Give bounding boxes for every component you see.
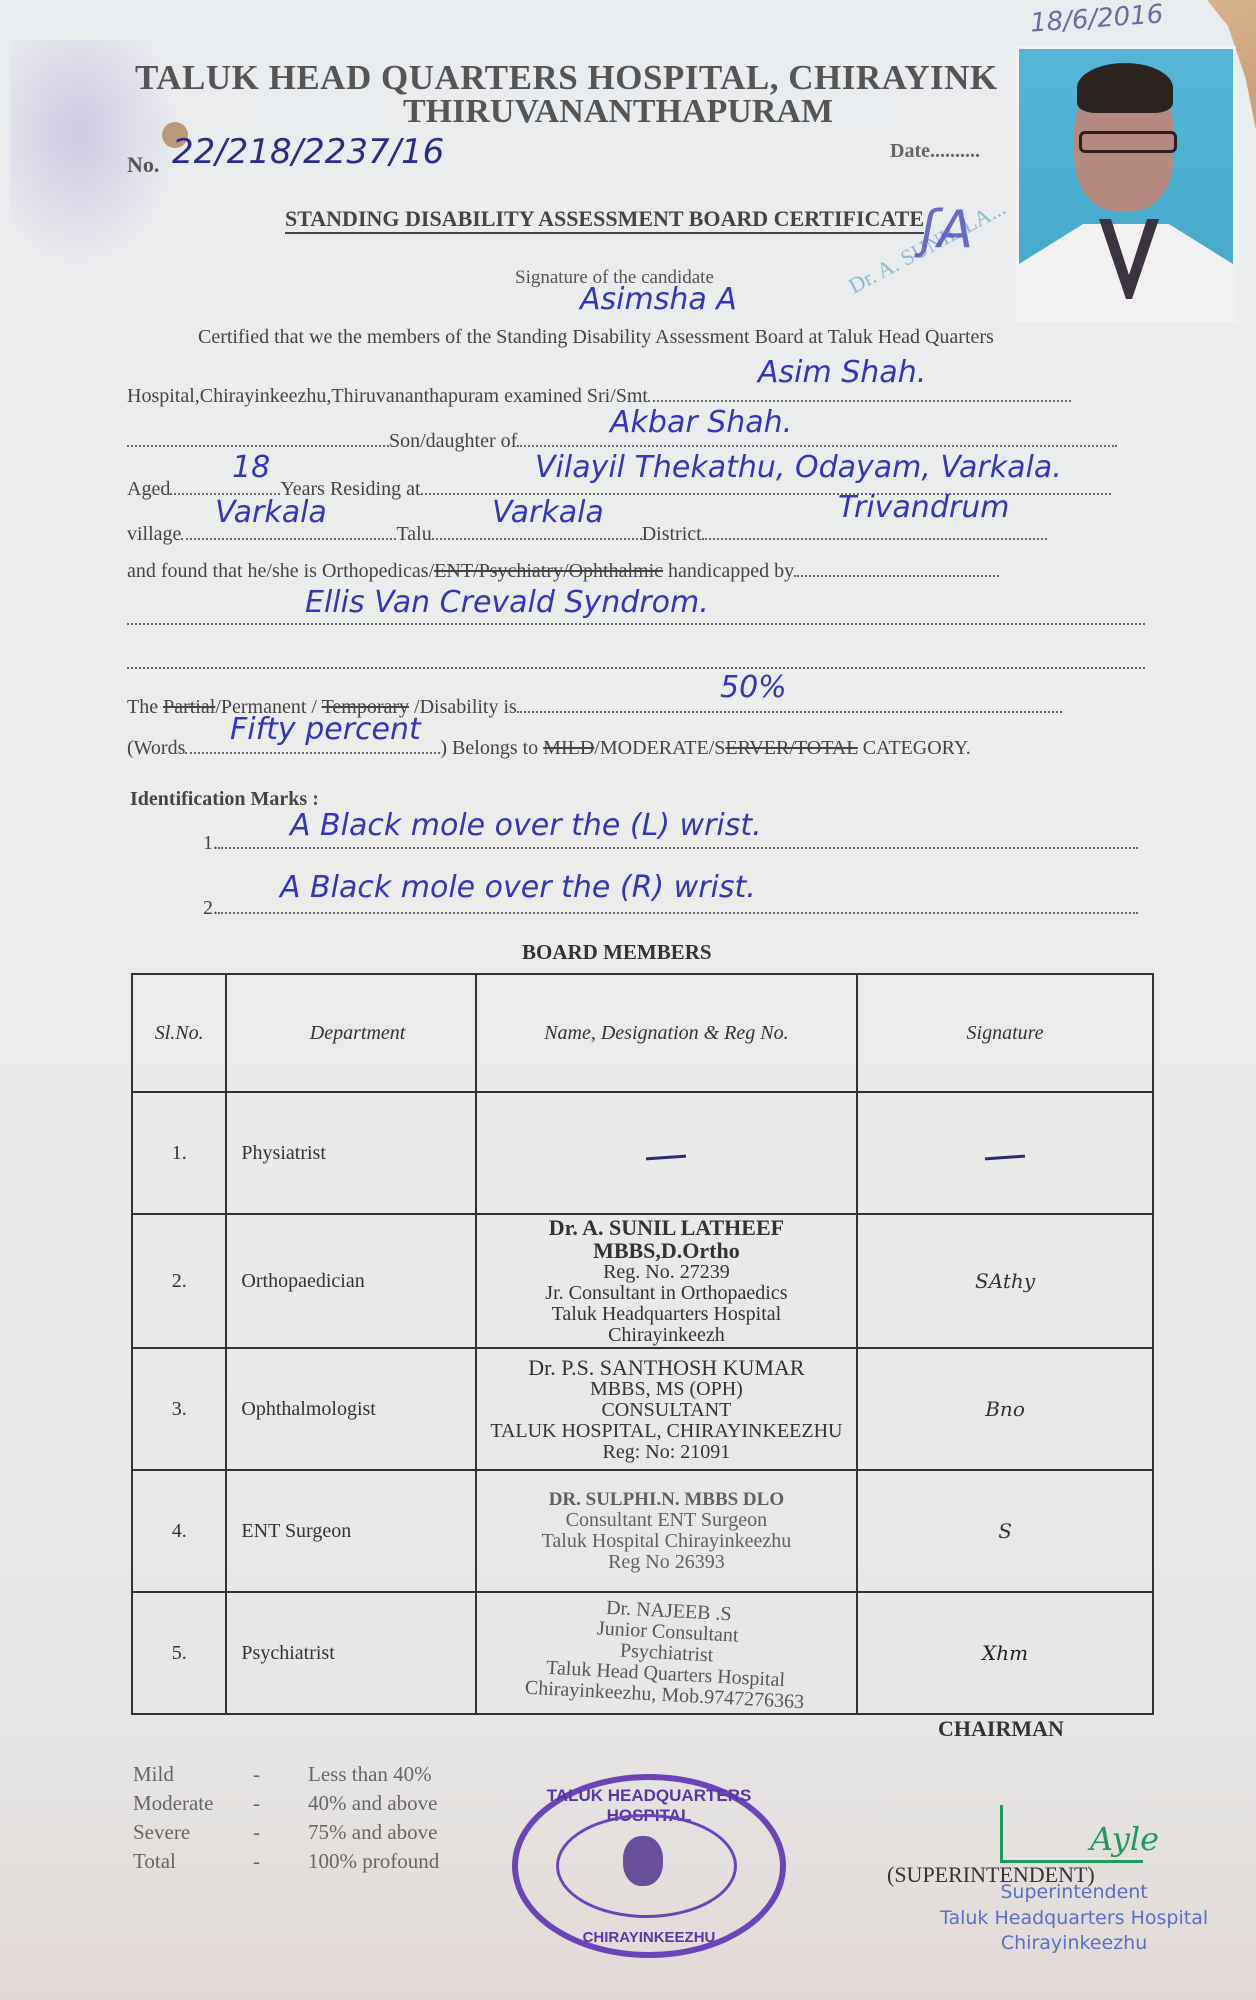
department: Orthopaedician: [226, 1214, 475, 1348]
superintendent-stamp: Superintendent Taluk Headquarters Hospit…: [940, 1880, 1208, 1957]
stamp-line: Chirayinkeezh: [478, 1325, 855, 1346]
column-header: Signature: [857, 974, 1153, 1092]
village-label: village: [127, 523, 181, 545]
dotted-fill-line: [648, 399, 1071, 402]
date-label: Date..........: [890, 140, 980, 163]
legend-key: Total: [133, 1849, 253, 1878]
stamp-line: Jr. Consultant in Orthopaedics: [478, 1283, 855, 1304]
table-row: 3. Ophthalmologist Dr. P.S. SANTHOSH KUM…: [132, 1348, 1153, 1470]
table-row: 2. Orthopaedician Dr. A. SUNIL LATHEEF M…: [132, 1214, 1153, 1348]
member-signature: Xhm: [857, 1592, 1153, 1714]
member-stamp: DR. SULPHI.N. MBBS DLO Consultant ENT Su…: [476, 1470, 857, 1592]
stamp-name: Dr. A. SUNIL LATHEEF MBBS,D.Ortho: [478, 1216, 855, 1262]
taluk-label: Talu: [396, 523, 431, 545]
the-label: The: [127, 696, 163, 718]
member-signature: S: [857, 1470, 1153, 1592]
blank-dash: [646, 1154, 686, 1160]
stamp-line: Reg: No: 21091: [478, 1442, 855, 1463]
dotted-fill-line: [517, 710, 1062, 713]
certificate-number: 22/218/2237/16: [172, 132, 444, 172]
id-mark-number: 2.: [203, 897, 218, 919]
legend-key: Severe: [133, 1820, 253, 1849]
stamp-line: CONSULTANT: [478, 1400, 855, 1421]
column-header: Department: [226, 974, 475, 1092]
stamp-line: Reg No 26393: [478, 1552, 855, 1573]
hospital-seal: TALUK HEADQUARTERS HOSPITAL CHIRAYINKEEZ…: [512, 1774, 786, 1958]
dotted-fill-line: [218, 846, 1138, 849]
board-members-title: BOARD MEMBERS: [522, 940, 712, 965]
candidate-photo: [1016, 46, 1236, 322]
blank-line: [127, 652, 1145, 675]
department: ENT Surgeon: [226, 1470, 475, 1592]
found-label: and found that he/she is Orthopedicas/: [127, 560, 434, 582]
column-header: Sl.No.: [132, 974, 226, 1092]
examined-line: Hospital,Chirayinkeezhu,Thiruvananthapur…: [127, 385, 1071, 408]
dotted-fill-line: [794, 574, 999, 577]
chairman-label: CHAIRMAN: [938, 1716, 1064, 1742]
photo-attestation-signature: ʃA: [920, 200, 973, 260]
photo-hair: [1077, 63, 1173, 113]
legend-sep: -: [253, 1791, 308, 1820]
address-value: Vilayil Thekathu, Odayam, Varkala.: [535, 450, 1062, 485]
serial-number: 1.: [132, 1092, 226, 1214]
struck-partial: Partial: [163, 696, 215, 718]
legend-key: Mild: [133, 1762, 253, 1791]
id-mark-2: A Black mole over the (R) wrist.: [280, 870, 756, 905]
stamp-line: Chirayinkeezhu: [940, 1931, 1208, 1957]
moderate-label: /MODERATE/S: [594, 737, 725, 759]
member-stamp: Dr. NAJEEB .S Junior Consultant Psychiat…: [473, 1582, 860, 1724]
taluk-value: Varkala: [492, 495, 604, 530]
board-members-table: Sl.No. Department Name, Designation & Re…: [131, 973, 1154, 1715]
disability-label: /Disability is: [409, 696, 517, 718]
parent-name: Akbar Shah.: [610, 405, 792, 440]
stamp-line: Reg. No. 27239: [478, 1262, 855, 1283]
legend-value: 100% profound: [308, 1849, 439, 1878]
member-signature: [857, 1092, 1153, 1214]
superintendent-signature: Ayle: [1090, 1820, 1159, 1858]
category-legend: Mild-Less than 40% Moderate-40% and abov…: [133, 1762, 439, 1878]
member-signature: Bno: [857, 1348, 1153, 1470]
category-label: CATEGORY.: [858, 737, 971, 759]
stamp-line: Consultant ENT Surgeon: [478, 1510, 855, 1531]
legend-value: 40% and above: [308, 1791, 437, 1820]
dotted-fill-line: [127, 444, 389, 447]
son-daughter-label: Son/daughter of: [389, 430, 517, 452]
serial-number: 2.: [132, 1214, 226, 1348]
handicap-line: and found that he/she is Orthopedicas/EN…: [127, 560, 999, 583]
table-row: 4. ENT Surgeon DR. SULPHI.N. MBBS DLO Co…: [132, 1470, 1153, 1592]
state-emblem-icon: [623, 1836, 663, 1886]
member-stamp: Dr. P.S. SANTHOSH KUMAR MBBS, MS (OPH) C…: [476, 1348, 857, 1470]
blank-dash: [985, 1154, 1025, 1160]
legend-sep: -: [253, 1820, 308, 1849]
legend-row: Severe-75% and above: [133, 1820, 439, 1849]
candidate-signature: Asimsha A: [580, 282, 737, 317]
certified-text: Certified that we the members of the Sta…: [198, 326, 994, 349]
seal-bottom-text: CHIRAYINKEEZHU: [518, 1929, 780, 1946]
dotted-fill-line: [181, 537, 396, 540]
stamp-line: Superintendent: [940, 1880, 1208, 1906]
age-value: 18: [232, 450, 270, 485]
dotted-fill-line: [127, 622, 1145, 625]
struck-mild: MILD: [543, 737, 594, 759]
dotted-fill-line: [127, 666, 1145, 669]
district-label: District: [642, 523, 702, 545]
legend-sep: -: [253, 1849, 308, 1878]
village-value: Varkala: [215, 495, 327, 530]
stamp-name: DR. SULPHI.N. MBBS DLO: [478, 1490, 855, 1510]
table-row: 5. Psychiatrist Dr. NAJEEB .S Junior Con…: [132, 1592, 1153, 1714]
legend-value: 75% and above: [308, 1820, 437, 1849]
hospital-city: THIRUVANANTHAPURAM: [403, 93, 833, 131]
legend-row: Moderate-40% and above: [133, 1791, 439, 1820]
dotted-fill-line: [517, 444, 1117, 447]
hospital-name: TALUK HEAD QUARTERS HOSPITAL, CHIRAYINK: [135, 58, 998, 98]
table-row: 1. Physiatrist: [132, 1092, 1153, 1214]
serial-number: 3.: [132, 1348, 226, 1470]
table-header-row: Sl.No. Department Name, Designation & Re…: [132, 974, 1153, 1092]
department: Ophthalmologist: [226, 1348, 475, 1470]
stamp-line: MBBS, MS (OPH): [478, 1379, 855, 1400]
department: Psychiatrist: [226, 1592, 475, 1714]
stamp-line: Taluk Hospital Chirayinkeezhu: [478, 1531, 855, 1552]
legend-sep: -: [253, 1762, 308, 1791]
aged-label: Aged: [127, 478, 170, 500]
stamp-line: Taluk Headquarters Hospital: [478, 1304, 855, 1325]
date-handwritten: 18/6/2016: [1029, 0, 1164, 39]
disability-words: Fifty percent: [230, 712, 421, 747]
district-value: Trivandrum: [838, 490, 1009, 525]
struck-categories: ENT/Psychiatry/Ophthalmic: [434, 560, 663, 582]
legend-row: Total-100% profound: [133, 1849, 439, 1878]
department: Physiatrist: [226, 1092, 475, 1214]
photo-glasses: [1079, 131, 1177, 153]
serial-number: 5.: [132, 1592, 226, 1714]
stamp-line: Taluk Headquarters Hospital: [940, 1906, 1208, 1932]
examined-label: Hospital,Chirayinkeezhu,Thiruvananthapur…: [127, 385, 648, 407]
serial-number: 4.: [132, 1470, 226, 1592]
column-header: Name, Designation & Reg No.: [476, 974, 857, 1092]
stamp-name: Dr. P.S. SANTHOSH KUMAR: [478, 1356, 855, 1379]
belongs-label: ) Belongs to: [440, 737, 543, 759]
member-details: [476, 1092, 857, 1214]
member-signature: SAthy: [857, 1214, 1153, 1348]
struck-severe-total: ERVER/TOTAL: [725, 737, 857, 759]
dotted-fill-line: [218, 911, 1138, 914]
dotted-fill-line: [702, 537, 1047, 540]
handicapped-by-label: handicapped by: [663, 560, 794, 582]
dotted-fill-line: [432, 537, 642, 540]
disability-percent: 50%: [720, 670, 787, 705]
certificate-title: STANDING DISABILITY ASSESSMENT BOARD CER…: [285, 206, 924, 234]
legend-row: Mild-Less than 40%: [133, 1762, 439, 1791]
stamp-line: TALUK HOSPITAL, CHIRAYINKEEZHU: [478, 1421, 855, 1442]
certificate-number-label: No.: [127, 152, 159, 178]
legend-key: Moderate: [133, 1791, 253, 1820]
id-mark-number: 1.: [203, 832, 218, 854]
id-mark-1: A Black mole over the (L) wrist.: [290, 808, 762, 843]
patient-name: Asim Shah.: [758, 355, 926, 390]
words-label: (Words: [127, 737, 185, 759]
dotted-fill-line: [185, 751, 440, 754]
condition-value: Ellis Van Crevald Syndrom.: [305, 585, 709, 620]
member-stamp: Dr. A. SUNIL LATHEEF MBBS,D.Ortho Reg. N…: [476, 1214, 857, 1348]
legend-value: Less than 40%: [308, 1762, 432, 1791]
